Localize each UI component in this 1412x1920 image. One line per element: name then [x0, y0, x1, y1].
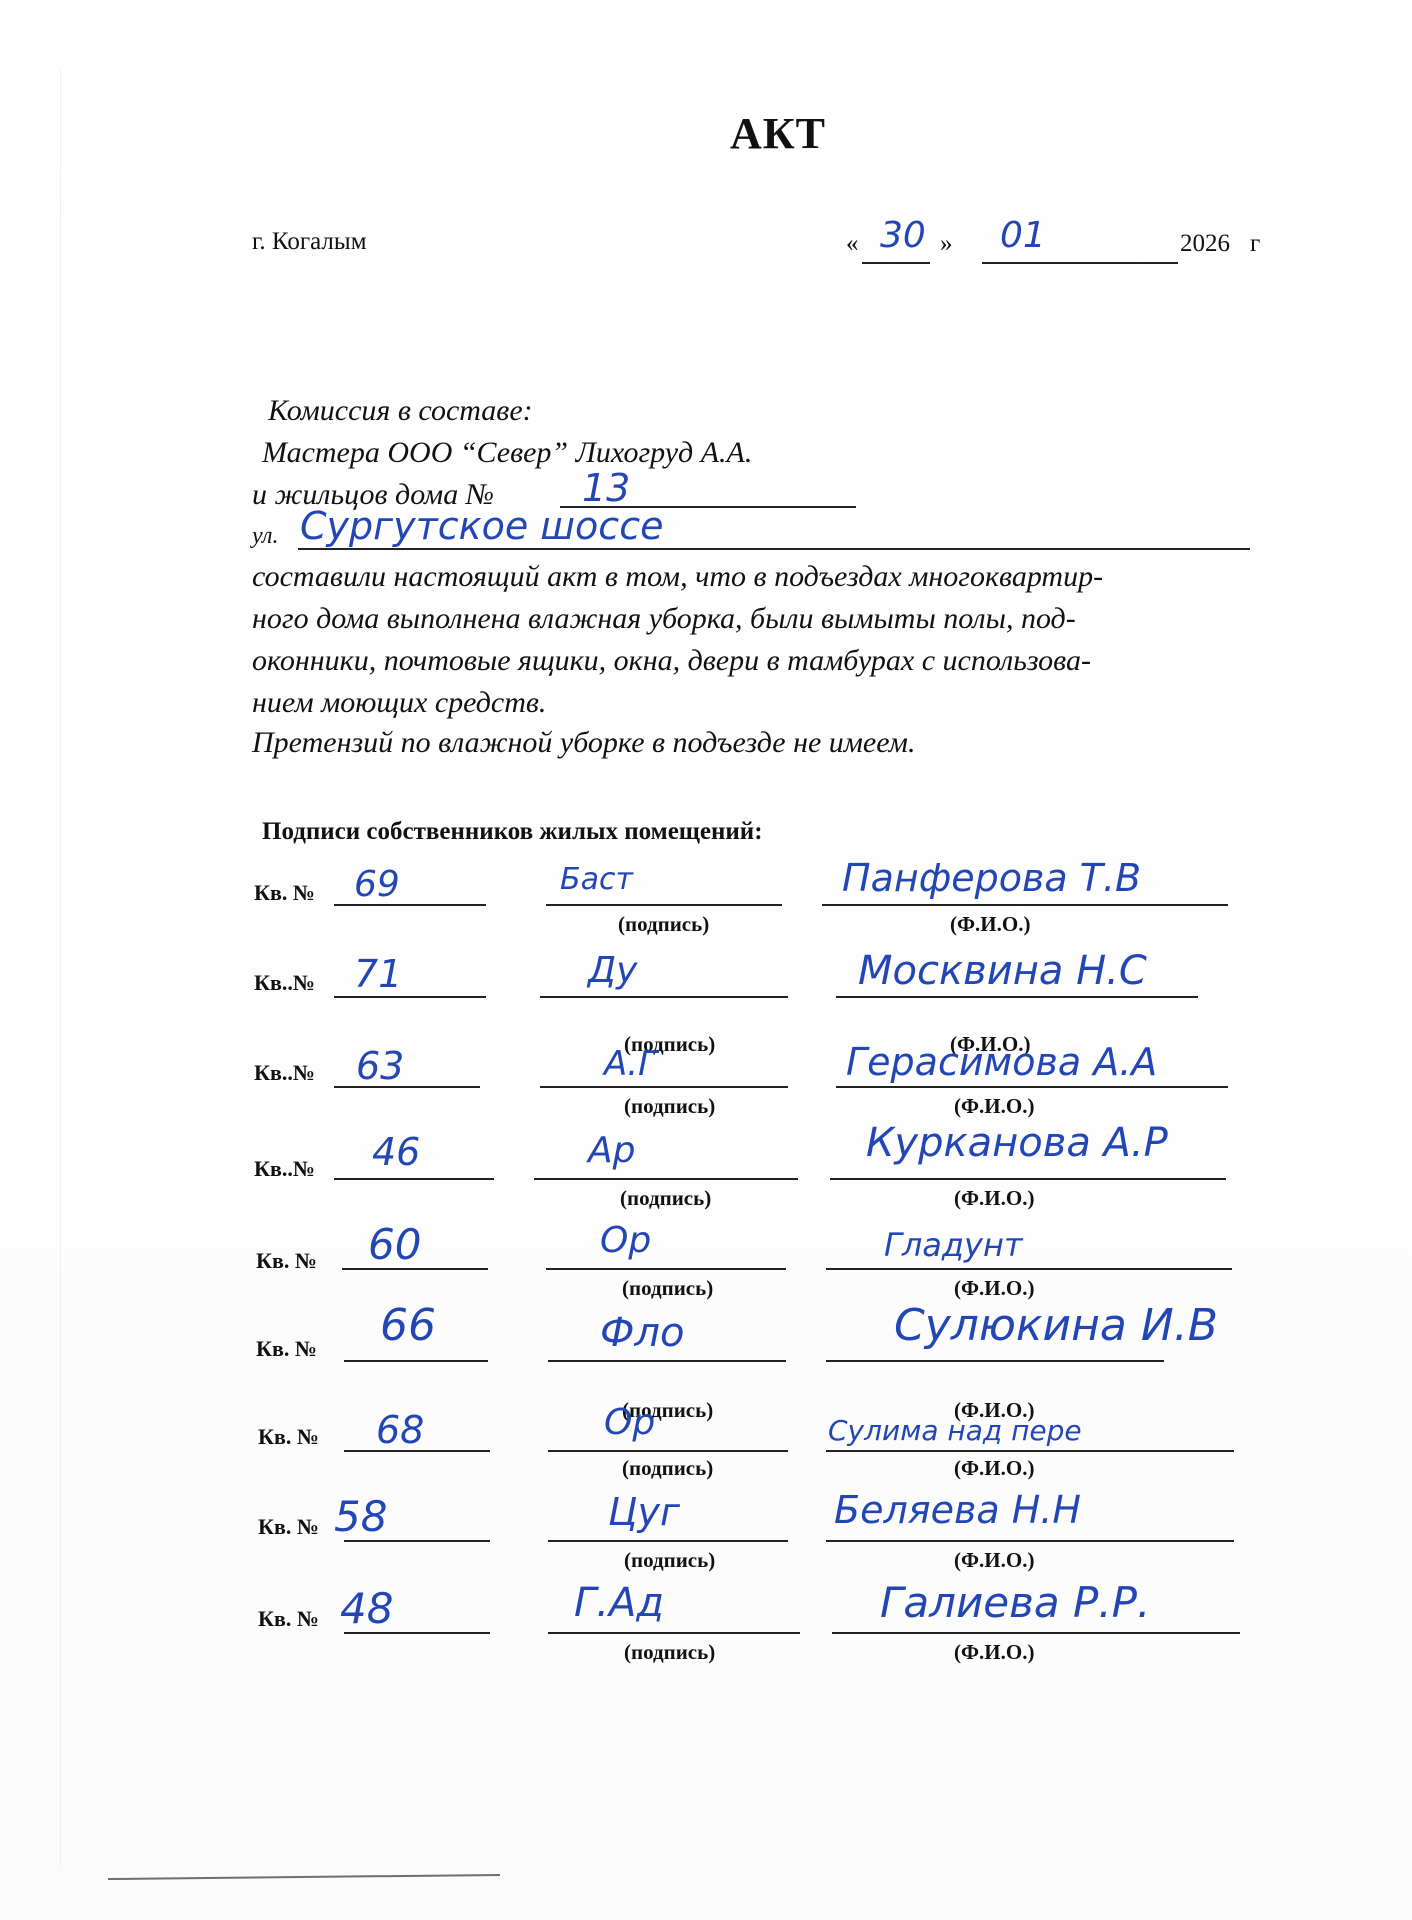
owner-fio: Москвина Н.С — [858, 948, 1147, 994]
date-month-underline — [982, 262, 1178, 264]
signature-caption: (подпись) — [620, 1186, 711, 1211]
signature-caption: (подпись) — [622, 1456, 713, 1481]
signature-underline — [540, 996, 788, 998]
apartment-label: Кв..№ — [254, 1156, 315, 1182]
fio-underline — [836, 996, 1198, 998]
apartment-underline — [334, 1086, 480, 1088]
apartment-number: 69 — [354, 864, 400, 905]
apartment-label: Кв. № — [254, 880, 315, 906]
signature-caption: (подпись) — [624, 1640, 715, 1665]
document-page: АКТ г. Когалым « 30 » 01 2026 г Комиссия… — [0, 0, 1412, 1920]
fio-underline — [826, 1540, 1234, 1542]
city: г. Когалым — [252, 228, 367, 256]
apartment-underline — [344, 1450, 490, 1452]
owner-fio: Сулюкина И.В — [894, 1300, 1218, 1351]
apartment-label: Кв. № — [258, 1424, 319, 1450]
date-month: 01 — [1000, 215, 1046, 256]
apartment-underline — [344, 1360, 488, 1362]
fio-underline — [830, 1178, 1226, 1180]
owner-signature: Г.Ад — [574, 1580, 664, 1626]
date-day: 30 — [880, 215, 926, 256]
owner-fio: Сулима над пере — [828, 1414, 1082, 1447]
fio-caption: (Ф.И.О.) — [954, 1548, 1034, 1573]
date-year-suffix: г — [1250, 230, 1260, 258]
owner-signature: Ду — [588, 950, 637, 991]
apartment-number: 48 — [340, 1584, 393, 1633]
signature-caption: (подпись) — [624, 1548, 715, 1573]
apartment-underline — [344, 1540, 490, 1542]
apartment-underline — [342, 1268, 488, 1270]
signature-caption: (подпись) — [618, 912, 709, 937]
apartment-number: 71 — [354, 952, 402, 996]
apartment-number: 46 — [372, 1130, 420, 1174]
fio-caption: (Ф.И.О.) — [954, 1456, 1034, 1481]
signature-underline — [546, 1268, 786, 1270]
fio-underline — [822, 904, 1228, 906]
apartment-number: 68 — [376, 1408, 424, 1452]
fio-underline — [826, 1360, 1164, 1362]
owner-signature: А.Г — [604, 1044, 657, 1084]
body-line-5: Претензий по влажной уборке в подъезде н… — [252, 722, 915, 763]
apartment-number: 66 — [380, 1300, 436, 1351]
fio-caption: (Ф.И.О.) — [954, 1640, 1034, 1665]
owner-signature: Баст — [560, 862, 633, 897]
document-title: АКТ — [730, 108, 826, 159]
owner-signature: Ор — [600, 1220, 651, 1261]
body-line-4: нием моющих средств. — [252, 682, 546, 723]
fio-underline — [826, 1268, 1232, 1270]
apartment-number: 58 — [334, 1492, 387, 1541]
apartment-underline — [334, 1178, 494, 1180]
apartment-underline — [344, 1632, 490, 1634]
owner-fio: Герасимова А.А — [846, 1040, 1157, 1084]
apartment-number: 60 — [368, 1220, 421, 1269]
owner-signature: Ор — [604, 1402, 655, 1443]
apartment-underline — [334, 996, 486, 998]
signatures-heading: Подписи собственников жилых помещений: — [262, 818, 763, 846]
date-day-underline — [862, 262, 930, 264]
owner-signature: Цуг — [608, 1490, 680, 1534]
owner-fio: Панферова Т.В — [842, 856, 1141, 900]
signature-underline — [548, 1540, 788, 1542]
body-line-3: оконники, почтовые ящики, окна, двери в … — [252, 640, 1091, 681]
date-year: 2026 — [1180, 230, 1230, 258]
fio-caption: (Ф.И.О.) — [954, 1186, 1034, 1211]
fio-underline — [826, 1450, 1234, 1452]
owner-fio: Гладунт — [884, 1226, 1023, 1264]
fio-caption: (Ф.И.О.) — [954, 1276, 1034, 1301]
owner-signature: Фло — [600, 1310, 684, 1356]
apartment-label: Кв. № — [258, 1606, 319, 1632]
commission-line-1: Комиссия в составе: — [268, 390, 533, 431]
signature-underline — [548, 1450, 788, 1452]
street-underline — [298, 548, 1250, 550]
street-label: ул. — [252, 516, 278, 557]
body-line-2: ного дома выполнена влажная уборка, были… — [252, 598, 1076, 639]
apartment-label: Кв. № — [256, 1248, 317, 1274]
apartment-label: Кв..№ — [254, 1060, 315, 1086]
owner-fio: Беляева Н.Н — [834, 1488, 1081, 1532]
owner-signature: Ар — [588, 1130, 635, 1171]
body-line-1: составили настоящий акт в том, что в под… — [252, 556, 1103, 597]
signature-underline — [548, 1360, 786, 1362]
fio-underline — [836, 1086, 1228, 1088]
date-close-quote: » — [940, 230, 953, 258]
date-open-quote: « — [846, 230, 859, 258]
fio-caption: (Ф.И.О.) — [954, 1094, 1034, 1119]
page-edge — [60, 70, 61, 1870]
page-bottom-edge — [108, 1874, 500, 1880]
apartment-label: Кв..№ — [254, 970, 315, 996]
owner-fio: Курканова А.Р — [866, 1120, 1168, 1166]
signature-underline — [548, 1632, 800, 1634]
owner-fio: Галиева Р.Р. — [880, 1578, 1150, 1627]
apartment-underline — [334, 904, 486, 906]
apartment-label: Кв. № — [258, 1514, 319, 1540]
apartment-number: 63 — [356, 1044, 404, 1088]
fio-caption: (Ф.И.О.) — [950, 912, 1030, 937]
apartment-label: Кв. № — [256, 1336, 317, 1362]
signature-underline — [534, 1178, 798, 1180]
commission-line-2: Мастера ООО “Север” Лихогруд А.А. — [262, 432, 752, 473]
fio-underline — [832, 1632, 1240, 1634]
signature-underline — [540, 1086, 788, 1088]
street-value: Сургутское шоссе — [300, 504, 663, 548]
signature-caption: (подпись) — [624, 1094, 715, 1119]
signature-caption: (подпись) — [622, 1276, 713, 1301]
signature-underline — [546, 904, 782, 906]
